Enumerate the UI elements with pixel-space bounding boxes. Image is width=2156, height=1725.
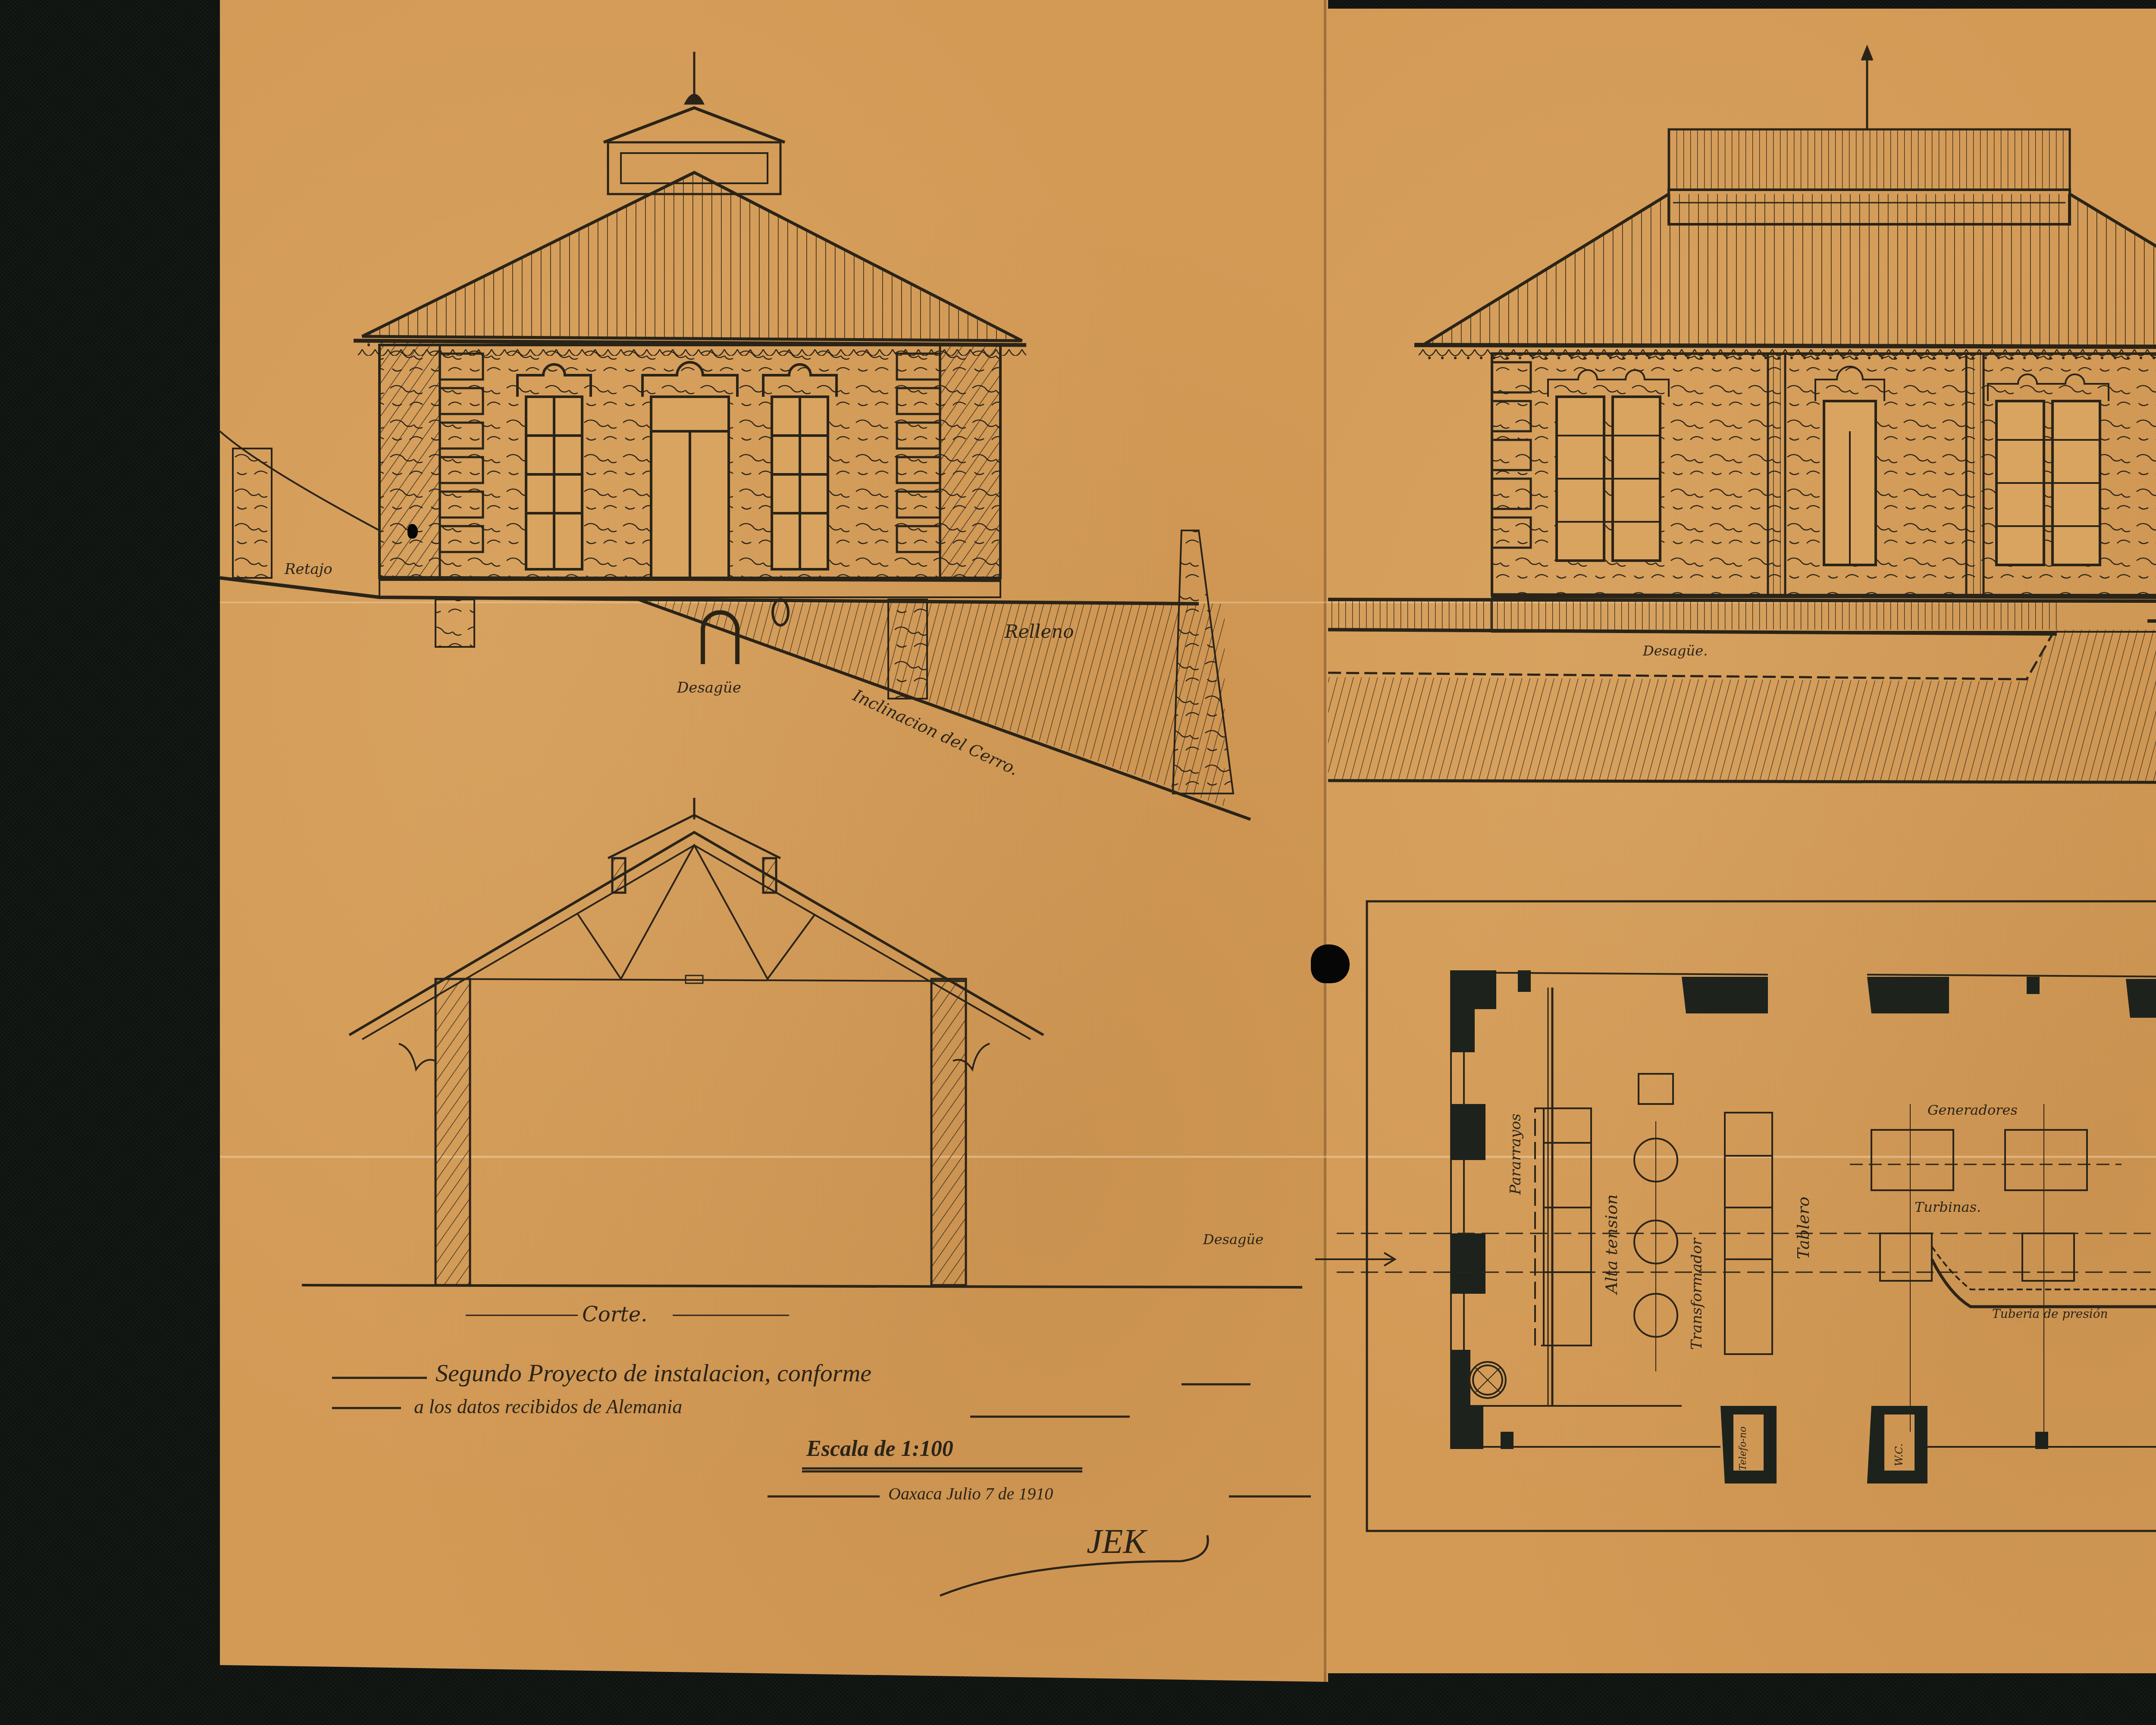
label-relleno: Relleno xyxy=(1005,621,1074,642)
label-transformador: Transformador xyxy=(1688,1238,1705,1350)
label-wc: W.C. xyxy=(1893,1443,1905,1466)
title-line-1: Segundo Proyecto de instalacion, conform… xyxy=(436,1358,871,1387)
floor-plan-equipment xyxy=(1315,1074,2156,1432)
label-corte: Corte. xyxy=(582,1302,648,1327)
drawing-linework xyxy=(0,0,2156,1725)
label-telefono: Telefo-no xyxy=(1738,1427,1749,1471)
right-elevation xyxy=(1328,47,2156,783)
label-desague-right: Desagüe. xyxy=(1643,643,1708,659)
label-desague-left: Desagüe xyxy=(677,679,741,696)
label-alta-tension: Alta tension xyxy=(1602,1194,1621,1294)
left-elevation xyxy=(220,52,1250,819)
label-retajo: Retajo xyxy=(285,561,332,578)
label-turbinas: Turbinas. xyxy=(1915,1199,1981,1215)
label-desague-plan: Desagüe xyxy=(1203,1231,1263,1248)
label-generadores: Generadores xyxy=(1927,1102,2018,1118)
paper-hole xyxy=(1311,944,1350,983)
title-place-date: Oaxaca Julio 7 de 1910 xyxy=(888,1483,1053,1504)
paper-hole-small xyxy=(407,524,418,539)
section-corte xyxy=(302,798,1302,1315)
signature: JEK xyxy=(1087,1522,1146,1562)
title-scale: Escala de 1:100 xyxy=(806,1436,953,1462)
label-pararrayos: Pararrayos xyxy=(1507,1113,1524,1195)
label-tablero: Tablero xyxy=(1794,1197,1813,1259)
label-tuberia: Tuberia de presión xyxy=(1992,1307,2108,1321)
title-line-2: a los datos recibidos de Alemania xyxy=(414,1395,682,1418)
